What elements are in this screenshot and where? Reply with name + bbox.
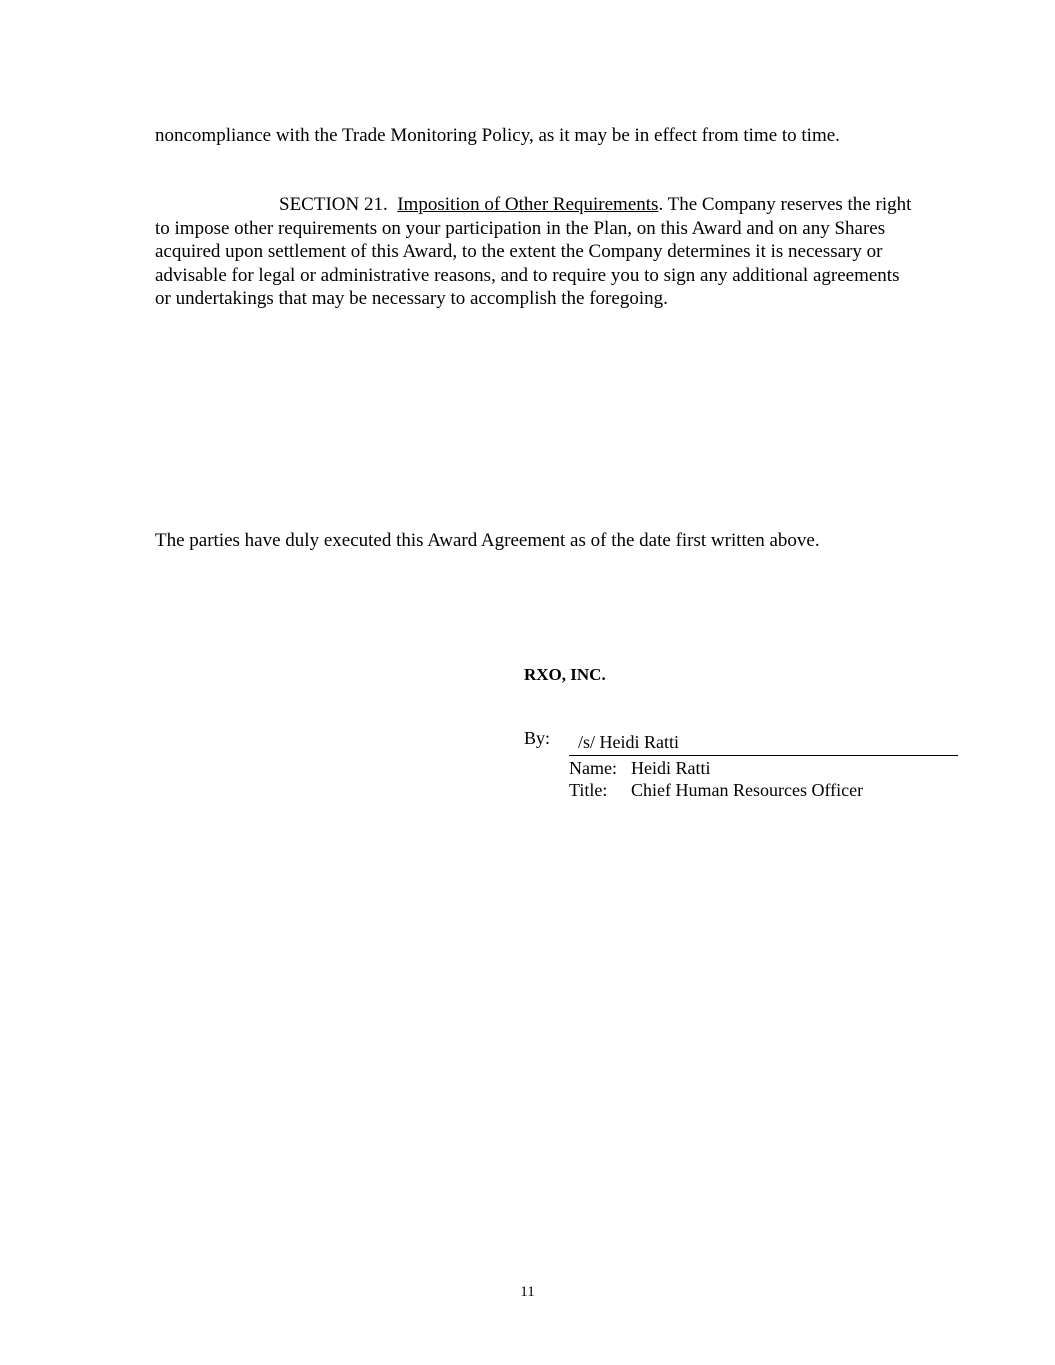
- company-name: RXO, INC.: [524, 665, 606, 685]
- signature: /s/ Heidi Ratti: [578, 732, 679, 753]
- signer-title: Chief Human Resources Officer: [631, 780, 863, 800]
- signer-name-row: Name:Heidi Ratti: [569, 757, 711, 779]
- by-label: By:: [524, 728, 550, 749]
- name-label: Name:: [569, 757, 631, 779]
- signature-line: [569, 755, 958, 756]
- section-21-paragraph: SECTION 21. Imposition of Other Requirem…: [155, 193, 915, 311]
- signer-name: Heidi Ratti: [631, 758, 711, 778]
- page-number: 11: [0, 1284, 1055, 1301]
- execution-statement: The parties have duly executed this Awar…: [155, 529, 915, 553]
- signer-title-row: Title:Chief Human Resources Officer: [569, 779, 863, 801]
- section-number: SECTION 21.: [279, 194, 388, 215]
- section-heading: Imposition of Other Requirements: [397, 194, 658, 215]
- continuation-paragraph: noncompliance with the Trade Monitoring …: [155, 124, 915, 148]
- title-label: Title:: [569, 779, 631, 801]
